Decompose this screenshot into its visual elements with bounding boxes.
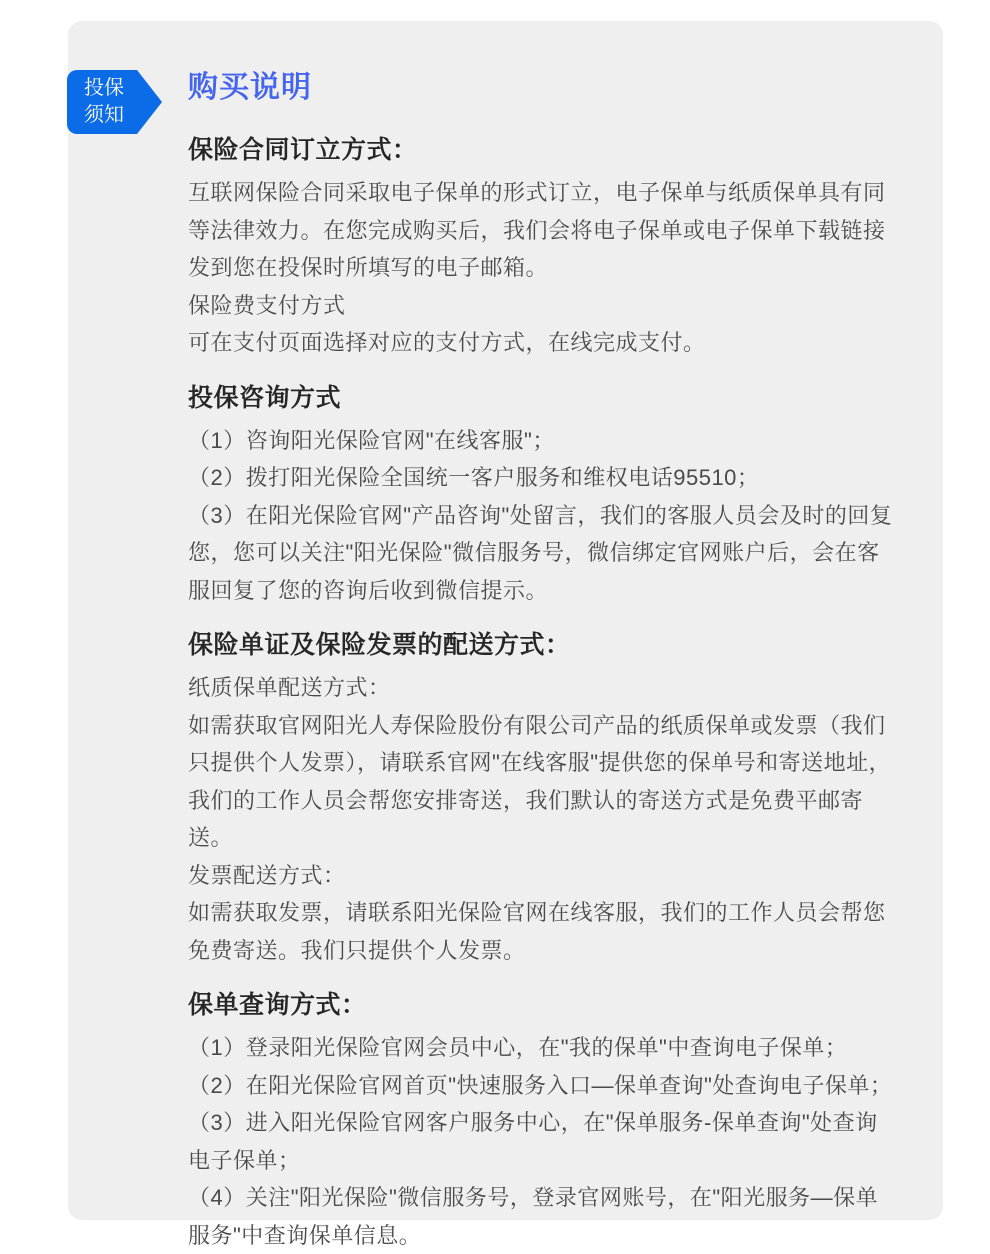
purchase-notes-content: 购买说明 保险合同订立方式： 互联网保险合同采取电子保单的形式订立，电子保单与纸…	[188, 68, 893, 1254]
section-heading: 保单查询方式：	[188, 987, 893, 1023]
section-paragraph: 可在支付页面选择对应的支付方式，在线完成支付。	[188, 324, 893, 362]
section-paragraph: （2）在阳光保险官网首页"快速服务入口—保单查询"处查询电子保单；	[188, 1067, 893, 1105]
section-paragraph: 保险费支付方式	[188, 287, 893, 325]
section-paragraph: （3）在阳光保险官网"产品咨询"处留言，我们的客服人员会及时的回复您，您可以关注…	[188, 497, 893, 610]
page: 投保 须知 购买说明 保险合同订立方式： 互联网保险合同采取电子保单的形式订立，…	[0, 0, 990, 1254]
section-paragraph: （2）拨打阳光保险全国统一客户服务和维权电话95510；	[188, 459, 893, 497]
page-title: 购买说明	[188, 68, 893, 108]
section-paragraph: （4）关注"阳光保险"微信服务号，登录官网账号，在"阳光服务—保单服务"中查询保…	[188, 1179, 893, 1254]
sections-container: 保险合同订立方式： 互联网保险合同采取电子保单的形式订立，电子保单与纸质保单具有…	[188, 132, 893, 1254]
section-paragraph: （3）进入阳光保险官网客户服务中心，在"保单服务-保单查询"处查询电子保单；	[188, 1104, 893, 1179]
section-heading: 保险合同订立方式：	[188, 132, 893, 168]
section-paragraph: 互联网保险合同采取电子保单的形式订立，电子保单与纸质保单具有同等法律效力。在您完…	[188, 174, 893, 287]
insurance-notice-badge: 投保 须知	[67, 70, 162, 134]
section-heading: 投保咨询方式	[188, 380, 893, 416]
section: 投保咨询方式 （1）咨询阳光保险官网"在线客服"；（2）拨打阳光保险全国统一客户…	[188, 380, 893, 610]
section-paragraph: 如需获取官网阳光人寿保险股份有限公司产品的纸质保单或发票（我们只提供个人发票），…	[188, 707, 893, 857]
section-paragraph: 发票配送方式：	[188, 857, 893, 895]
section-body: （1）登录阳光保险官网会员中心，在"我的保单"中查询电子保单；（2）在阳光保险官…	[188, 1029, 893, 1254]
section: 保单查询方式： （1）登录阳光保险官网会员中心，在"我的保单"中查询电子保单；（…	[188, 987, 893, 1254]
badge-label: 投保 须知	[67, 70, 137, 134]
section-paragraph: （1）登录阳光保险官网会员中心，在"我的保单"中查询电子保单；	[188, 1029, 893, 1067]
section-paragraph: 纸质保单配送方式：	[188, 669, 893, 707]
section-body: 纸质保单配送方式：如需获取官网阳光人寿保险股份有限公司产品的纸质保单或发票（我们…	[188, 669, 893, 969]
section-body: （1）咨询阳光保险官网"在线客服"；（2）拨打阳光保险全国统一客户服务和维权电话…	[188, 422, 893, 610]
section-paragraph: （1）咨询阳光保险官网"在线客服"；	[188, 422, 893, 460]
purchase-notes-card: 投保 须知 购买说明 保险合同订立方式： 互联网保险合同采取电子保单的形式订立，…	[68, 21, 943, 1220]
badge-arrow-shape	[137, 70, 162, 134]
section-paragraph: 如需获取发票，请联系阳光保险官网在线客服，我们的工作人员会帮您免费寄送。我们只提…	[188, 894, 893, 969]
section-heading: 保险单证及保险发票的配送方式：	[188, 627, 893, 663]
badge-label-line2: 须知	[84, 102, 137, 129]
section: 保险合同订立方式： 互联网保险合同采取电子保单的形式订立，电子保单与纸质保单具有…	[188, 132, 893, 362]
section: 保险单证及保险发票的配送方式： 纸质保单配送方式：如需获取官网阳光人寿保险股份有…	[188, 627, 893, 969]
section-body: 互联网保险合同采取电子保单的形式订立，电子保单与纸质保单具有同等法律效力。在您完…	[188, 174, 893, 362]
badge-label-line1: 投保	[84, 75, 137, 102]
